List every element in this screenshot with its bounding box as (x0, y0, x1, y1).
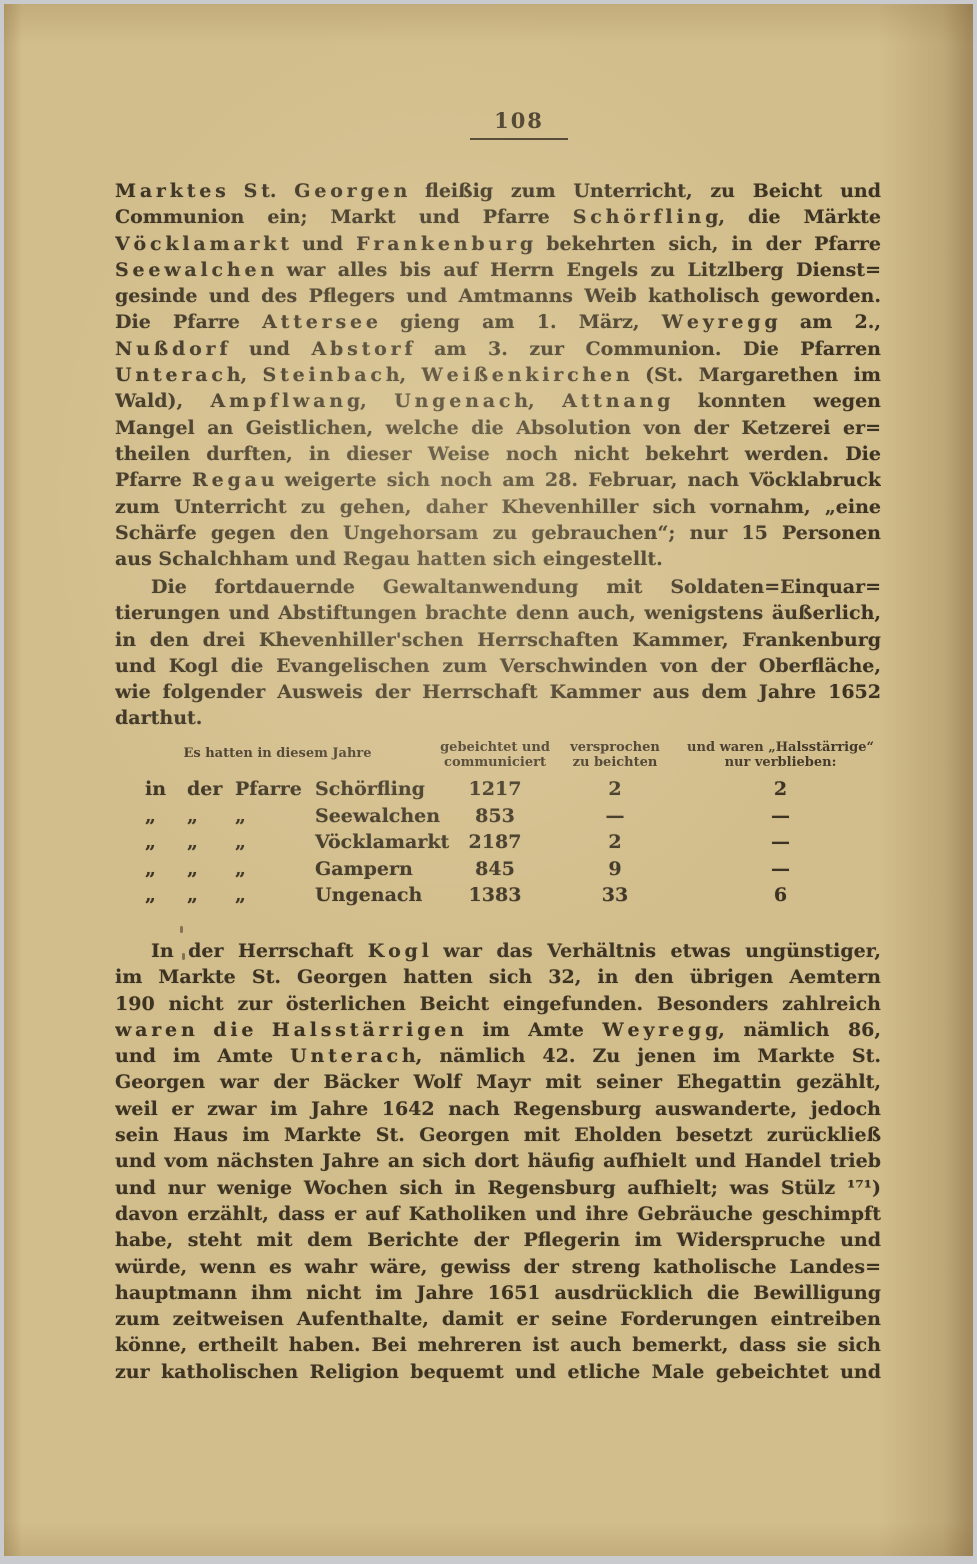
cell-communicated: 1383 (440, 882, 550, 909)
table-header-line: gebeichtet und (440, 740, 550, 755)
text-line: gesinde und des Pflegers und Amtmanns We… (115, 283, 881, 309)
table-row: „ „ „ Vöcklamarkt 2187 2 — (115, 829, 881, 856)
text-line: würde, wenn es wahr wäre, gewiss der str… (115, 1254, 881, 1280)
cell-ditto: „ (235, 856, 315, 883)
text-line: 190 nicht zur österlichen Beicht eingefu… (115, 991, 881, 1017)
cell-stubborn: 6 (680, 882, 881, 909)
text-line: sein Haus im Markte St. Georgen mit Ehol… (115, 1122, 881, 1148)
cell-ditto: der (187, 776, 235, 803)
table-header-line: und waren „Halsstärrige“ (680, 740, 881, 755)
paragraph-2: Die fortdauernde Gewaltanwendung mit Sol… (115, 574, 881, 732)
ink-speck (180, 926, 183, 933)
text-line: im Markte St. Georgen hatten sich 32, in… (115, 964, 881, 990)
cell-communicated: 845 (440, 856, 550, 883)
text-line: Mangel an Geistlichen, welche die Absolu… (115, 415, 881, 441)
cell-ditto: „ (145, 829, 187, 856)
text-line: w a r e n d i e H a l s s t ä r r i g e … (115, 1017, 881, 1043)
text-line: Wald), A m p f l w a n g, U n g e n a c … (115, 388, 881, 414)
cell-stubborn: 2 (680, 776, 881, 803)
cell-parish: Seewalchen (315, 803, 440, 830)
page-number: 108 (424, 108, 614, 133)
text-line: tierungen und Abstiftungen brachte denn … (115, 600, 881, 626)
text-line: Schärfe gegen den Ungehorsam zu gebrauch… (115, 520, 881, 546)
table-header-line: communiciert (440, 755, 550, 770)
cell-ditto: „ (187, 803, 235, 830)
cell-ditto: „ (235, 882, 315, 909)
cell-ditto: „ (187, 856, 235, 883)
cell-stubborn: — (680, 803, 881, 830)
text-line: Georgen war der Bäcker Wolf Mayr mit sei… (115, 1069, 881, 1095)
cell-communicated: 1217 (440, 776, 550, 803)
cell-ditto: „ (187, 829, 235, 856)
paragraph-1: M a r k t e s S t. G e o r g e n fleißig… (115, 178, 881, 572)
cell-stubborn: — (680, 856, 881, 883)
table-header-year: Es hatten in diesem Jahre (115, 740, 440, 776)
cell-parish: Schörfling (315, 776, 440, 803)
cell-ditto: „ (145, 856, 187, 883)
text-line: wie folgender Ausweis der Herrschaft Kam… (115, 679, 881, 705)
text-line: U n t e r a c h, S t e i n b a c h, W e … (115, 362, 881, 388)
text-line: In der Herrschaft K o g l war das Verhäl… (115, 938, 881, 964)
text-line: Communion ein; Markt und Pfarre S c h ö … (115, 204, 881, 230)
cell-stubborn: — (680, 829, 881, 856)
cell-promised: 2 (550, 829, 680, 856)
cell-promised: 9 (550, 856, 680, 883)
cell-parish: Vöcklamarkt (315, 829, 440, 856)
text-line: S e e w a l c h e n war alles bis auf He… (115, 257, 881, 283)
text-line: zum Unterricht zu gehen, daher Khevenhil… (115, 494, 881, 520)
table-header: Es hatten in diesem Jahre gebeichtet und… (115, 740, 881, 776)
text-line: hauptmann ihm nicht im Jahre 1651 ausdrü… (115, 1280, 881, 1306)
text-line: V ö c k l a m a r k t und F r a n k e n … (115, 231, 881, 257)
cell-communicated: 853 (440, 803, 550, 830)
cell-ditto: „ (145, 882, 187, 909)
text-line: in den drei Khevenhiller'schen Herrschaf… (115, 627, 881, 653)
text-line: Die fortdauernde Gewaltanwendung mit Sol… (115, 574, 881, 600)
table-header-promised: versprochen zu beichten (550, 740, 680, 776)
scanned-book-page: 108 M a r k t e s S t. G e o r g e n fle… (4, 4, 973, 1556)
cell-ditto: „ (235, 829, 315, 856)
ink-speck (182, 953, 185, 960)
cell-promised: 33 (550, 882, 680, 909)
table-header-stubborn: und waren „Halsstärrige“ nur verblieben: (680, 740, 881, 776)
cell-ditto: „ (145, 803, 187, 830)
cell-promised: 2 (550, 776, 680, 803)
text-line: und vom nächsten Jahre an sich dort häuf… (115, 1148, 881, 1174)
cell-ditto: „ (235, 803, 315, 830)
text-line: zur katholischen Religion bequemt und et… (115, 1359, 881, 1385)
table-row: „ „ „ Seewalchen 853 — — (115, 803, 881, 830)
table-row: „ „ „ Ungenach 1383 33 6 (115, 882, 881, 909)
cell-promised: — (550, 803, 680, 830)
text-line: könne, ertheilt haben. Bei mehreren ist … (115, 1332, 881, 1358)
cell-parish: Ungenach (315, 882, 440, 909)
cell-ditto: „ (187, 882, 235, 909)
communion-table: Es hatten in diesem Jahre gebeichtet und… (115, 740, 881, 909)
text-line: habe, steht mit dem Berichte der Pfleger… (115, 1227, 881, 1253)
text-line: davon erzählt, dass er auf Katholiken un… (115, 1201, 881, 1227)
table-row: „ „ „ Gampern 845 9 — (115, 856, 881, 883)
text-line: N u ß d o r f und A b s t o r f am 3. zu… (115, 336, 881, 362)
page-number-underline (470, 138, 568, 140)
cell-ditto: Pfarre (235, 776, 315, 803)
cell-ditto: in (145, 776, 187, 803)
text-line: theilen durften, in dieser Weise noch ni… (115, 441, 881, 467)
text-line: M a r k t e s S t. G e o r g e n fleißig… (115, 178, 881, 204)
text-line: und Kogl die Evangelischen zum Verschwin… (115, 653, 881, 679)
text-line: Pfarre R e g a u weigerte sich noch am 2… (115, 467, 881, 493)
text-line: und im Amte U n t e r a c h, nämlich 42.… (115, 1043, 881, 1069)
cell-communicated: 2187 (440, 829, 550, 856)
table-header-line: zu beichten (550, 755, 680, 770)
table-row: in der Pfarre Schörfling 1217 2 2 (115, 776, 881, 803)
table-header-communicated: gebeichtet und communiciert (440, 740, 550, 776)
cell-parish: Gampern (315, 856, 440, 883)
paragraph-3: In der Herrschaft K o g l war das Verhäl… (115, 938, 881, 1385)
text-line: darthut. (115, 705, 881, 731)
text-line: weil er zwar im Jahre 1642 nach Regensbu… (115, 1096, 881, 1122)
text-line: zum zeitweisen Aufenthalte, damit er sei… (115, 1306, 881, 1332)
page-header: 108 (424, 108, 614, 140)
text-line: aus Schalchham und Regau hatten sich ein… (115, 546, 881, 572)
table-header-line: nur verblieben: (680, 755, 881, 770)
text-line: und nur wenige Wochen sich in Regensburg… (115, 1175, 881, 1201)
table-header-line: versprochen (550, 740, 680, 755)
text-line: Die Pfarre A t t e r s e e gieng am 1. M… (115, 309, 881, 335)
